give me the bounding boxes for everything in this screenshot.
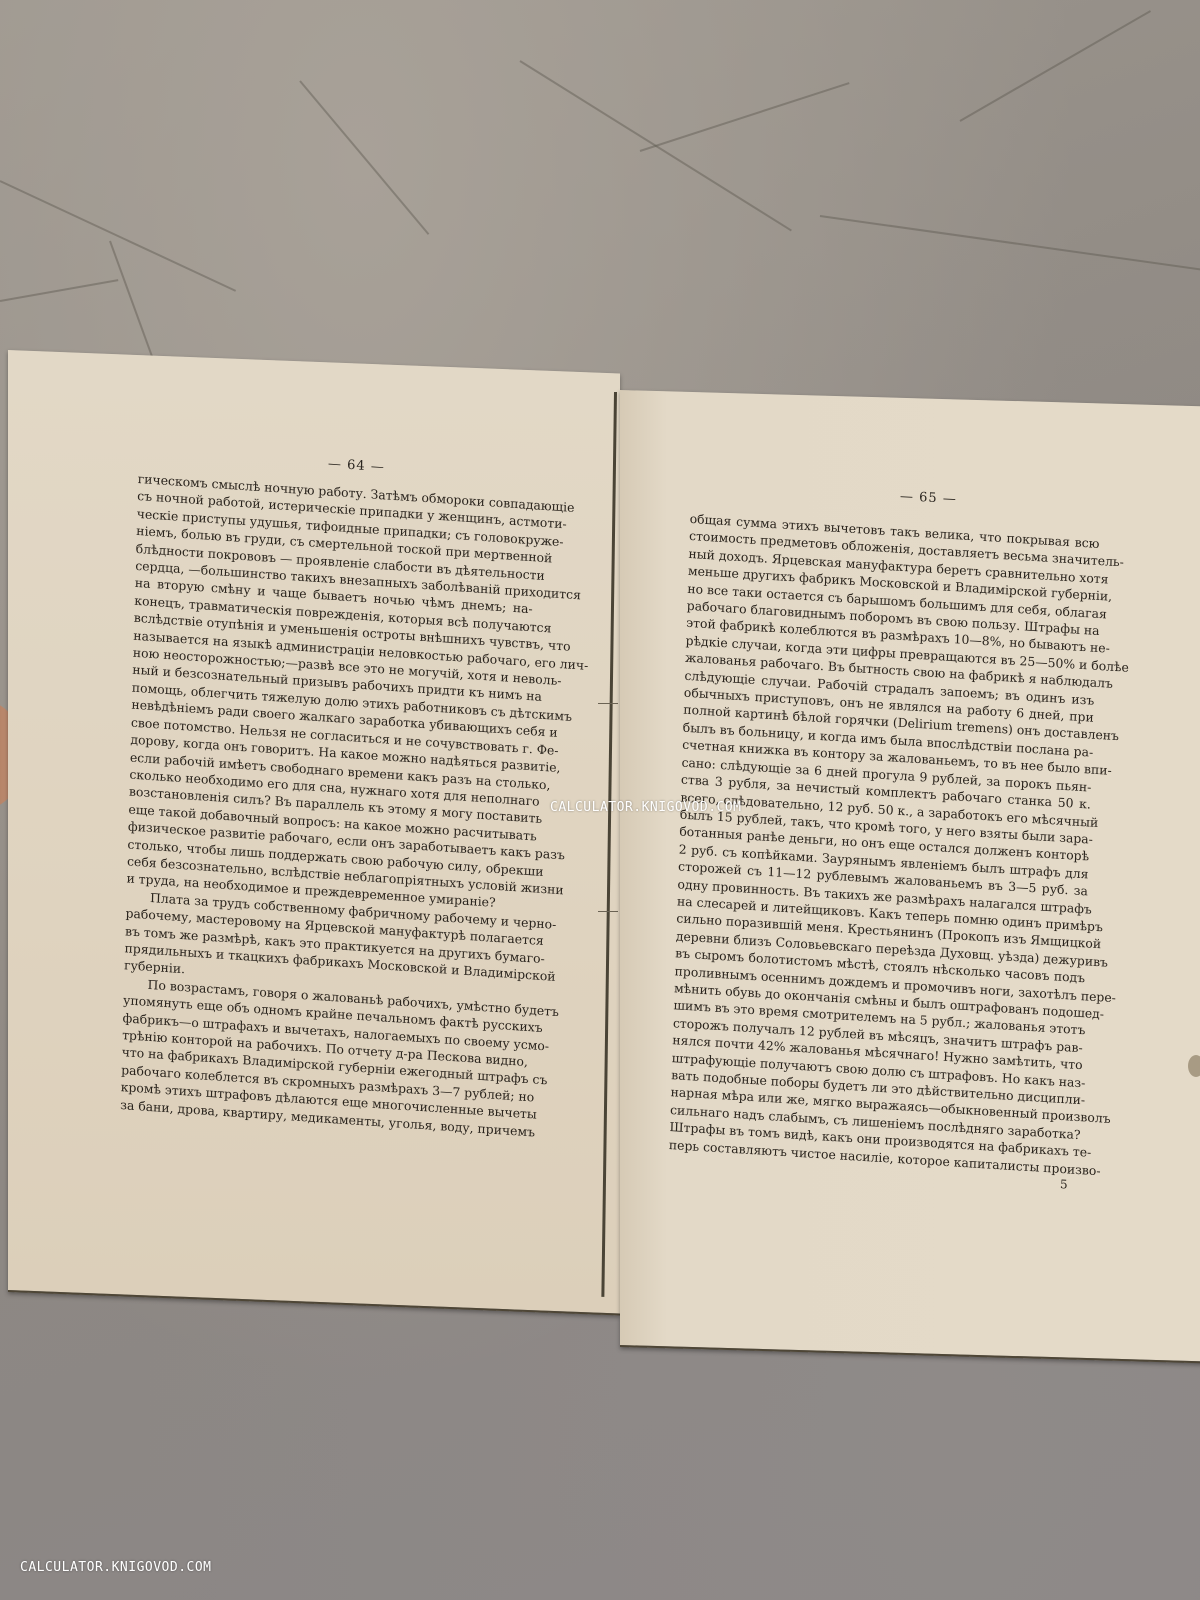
staple-mark [598,911,618,912]
watermark-corner: CALCULATOR.KNIGOVOD.COM [20,1560,212,1575]
left-page-body: гическомъ смыслѣ ночную работу. Затѣмъ о… [120,470,536,1139]
right-page: — 65 — общая сумма этихъ вычетовъ такъ в… [620,390,1200,1363]
right-page-body: общая сумма этихъ вычетовъ такъ велика, … [669,510,1100,1178]
left-page: — 64 — гическомъ смыслѣ ночную работу. З… [8,350,620,1316]
page-number-65: — 65 — [900,489,957,507]
staple-mark [598,703,618,704]
signature-mark: 5 [1060,1177,1068,1191]
paper-stain [1188,1055,1200,1077]
page-number-64: — 64 — [328,457,385,476]
watermark-center: CALCULATOR.KNIGOVOD.COM [550,800,742,815]
